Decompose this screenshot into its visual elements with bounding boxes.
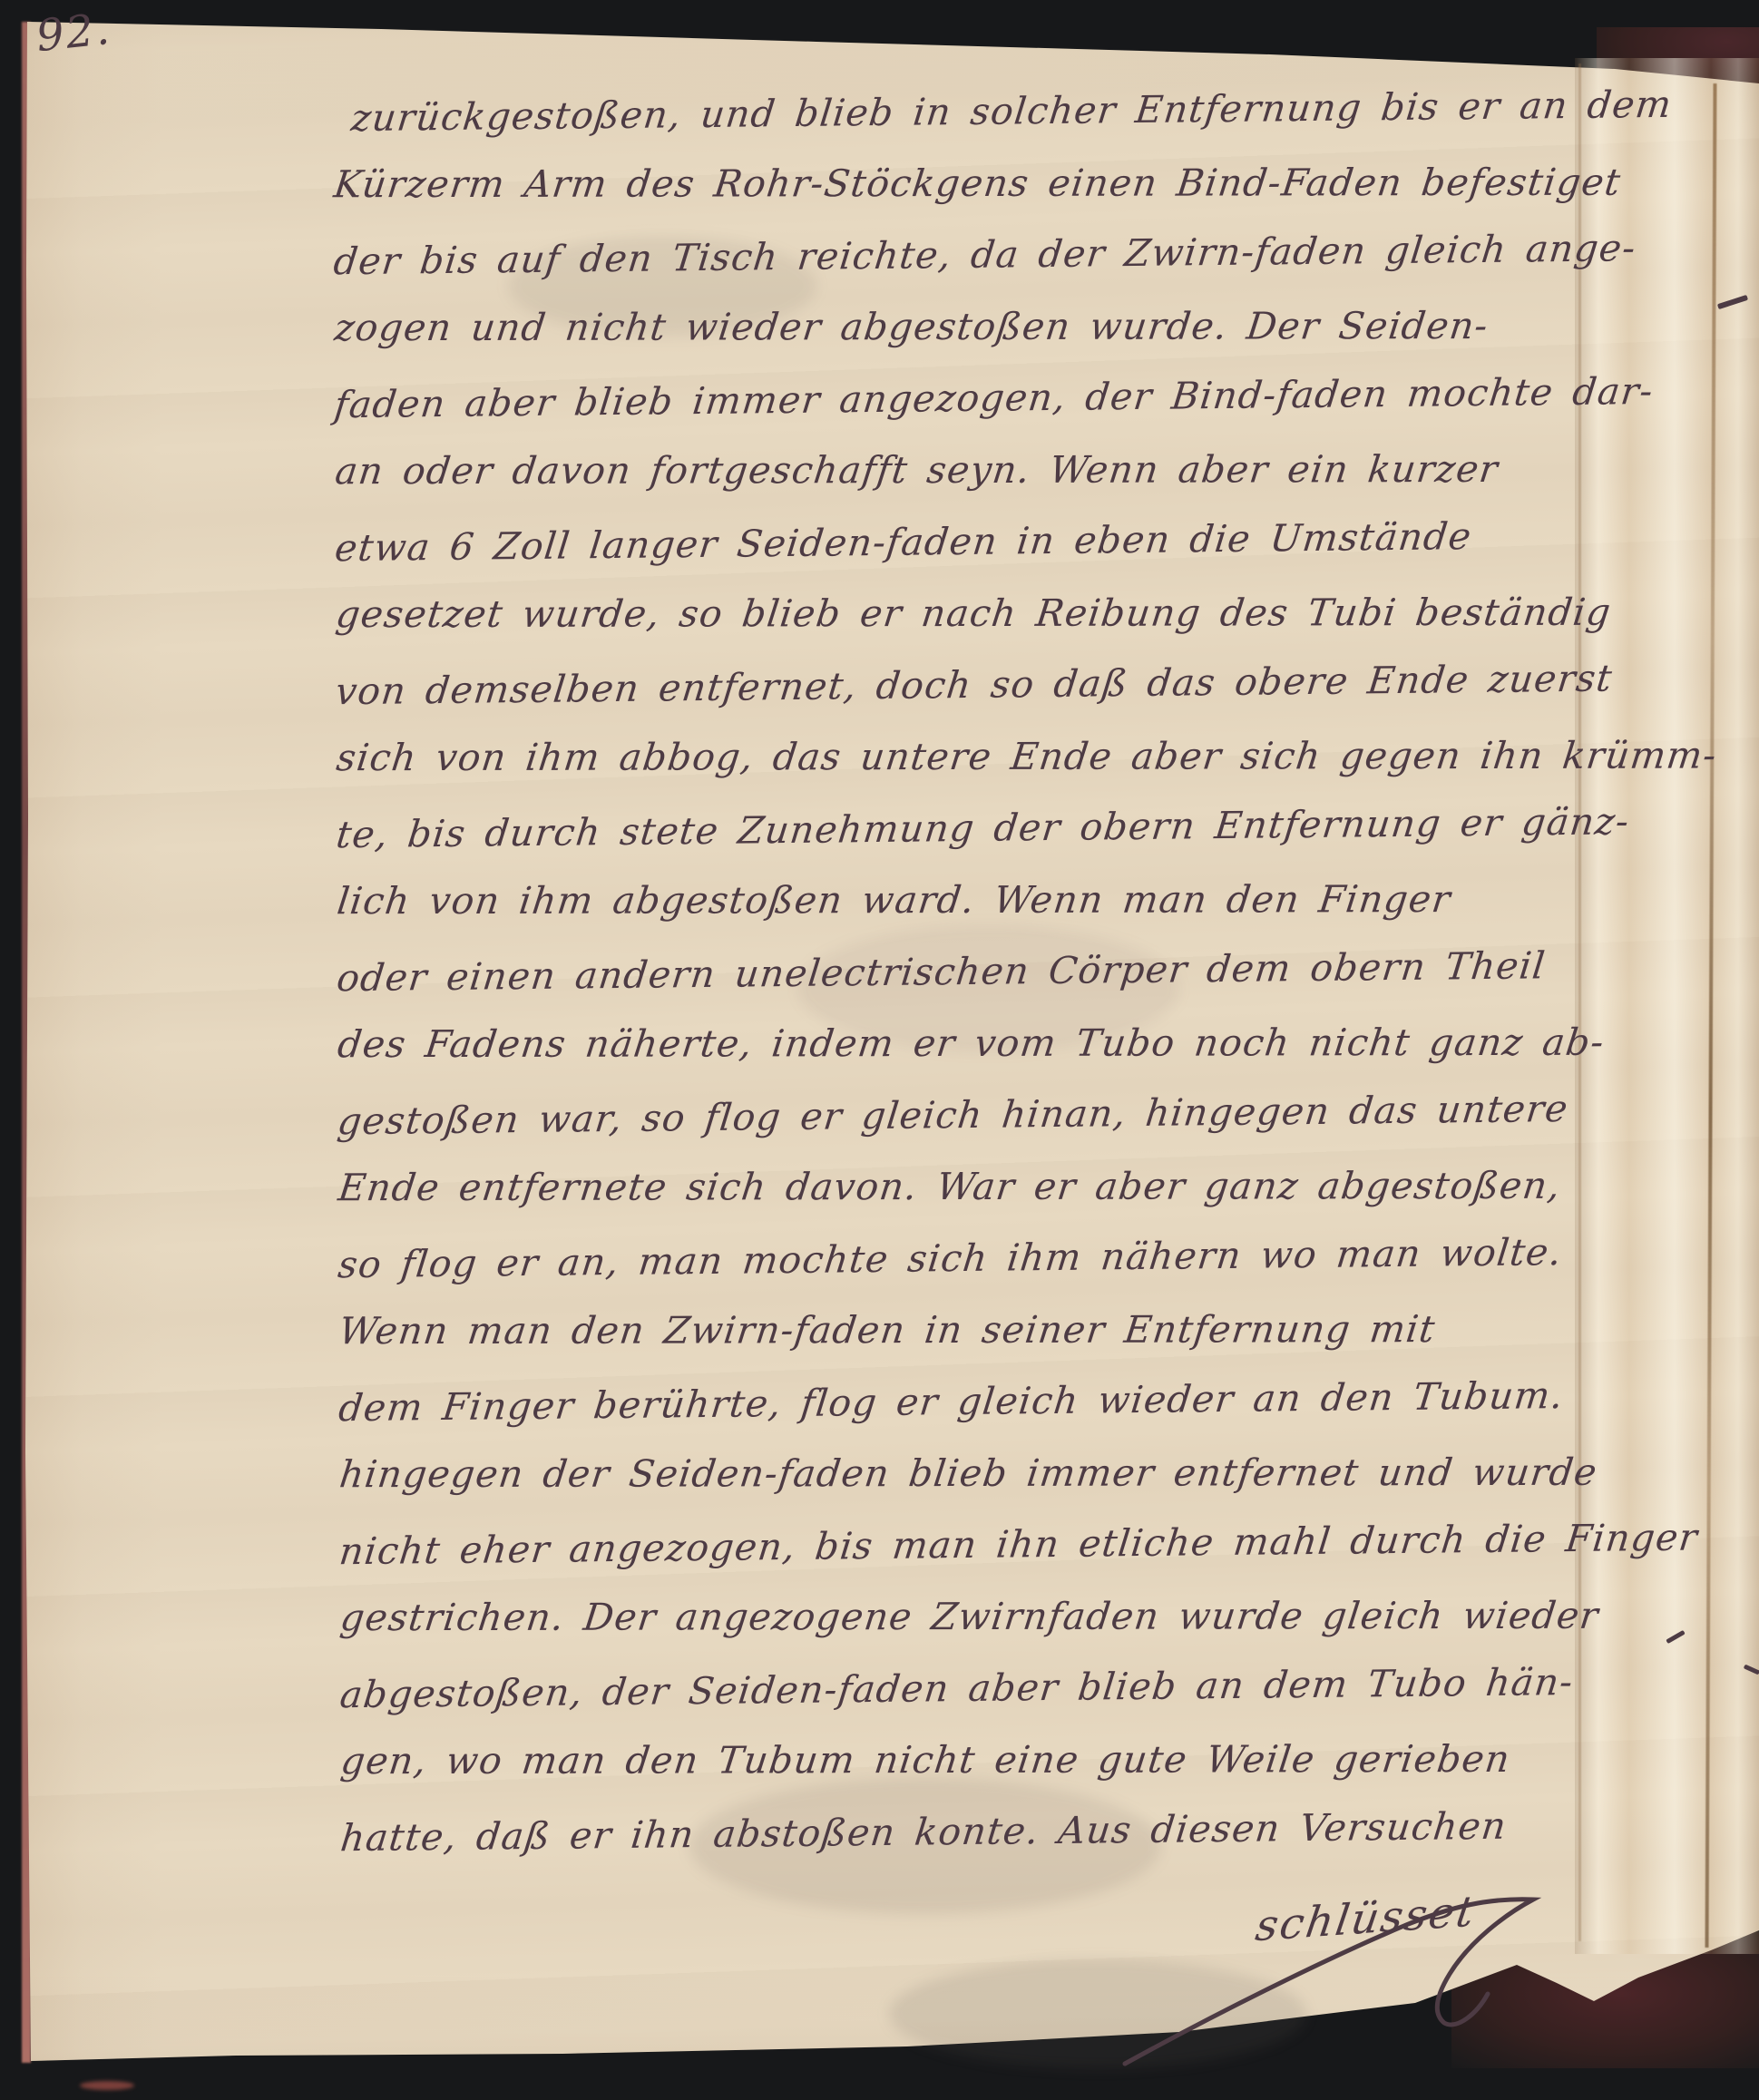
manuscript-line: zogen und nicht wieder abgestoßen wurde.… [330,290,1590,364]
page-edge-pink-speck [80,2081,134,2090]
manuscript-line: faden aber blieb immer angezogen, der Bi… [330,357,1591,441]
manuscript-line: des Fadens näherte, indem er vom Tubo no… [334,1007,1594,1080]
manuscript-line: Kürzerm Arm des Rohr-Stöckgens einen Bin… [330,147,1590,220]
manuscript-line: gestrichen. Der angezogene Zwirnfaden wu… [337,1580,1597,1654]
manuscript-line: oder einen andern unelectrischen Cörper … [333,930,1594,1014]
manuscript-line: zurückgestoßen, und blieb in solcher Ent… [347,70,1590,154]
manuscript-line: Ende entfernete sich davon. War er aber … [334,1150,1594,1224]
manuscript-line: gen, wo man den Tubum nicht eine gute We… [337,1724,1597,1797]
manuscript-line: gestoßen war, so flog er gleich hinan, h… [334,1073,1595,1157]
manuscript-line: Wenn man den Zwirn-faden in seiner Entfe… [335,1294,1595,1367]
fore-edge-band [1575,58,1759,1954]
manuscript-line: der bis auf den Tisch reichte, da der Zw… [330,213,1591,298]
manuscript-line: sich von ihm abbog, das untere Ende aber… [332,720,1592,794]
manuscript-line: nicht eher angezogen, bis man ihn etlich… [336,1503,1597,1587]
manuscript-line: lich von ihm abgestoßen ward. Wenn man d… [333,864,1593,937]
manuscript-text: zurückgestoßen, und blieb in solcher Ent… [334,73,1594,1870]
manuscript-line: gesetzet wurde, so blieb er nach Reibung… [332,577,1592,650]
manuscript-line: so flog er an, man mochte sich ihm näher… [334,1216,1595,1301]
manuscript-line: hatte, daß er ihn abstoßen konte. Aus di… [337,1790,1598,1874]
manuscript-line: dem Finger berührte, flog er gleich wied… [335,1360,1596,1444]
manuscript-line: etwa 6 Zoll langer Seiden-faden in eben … [331,500,1592,584]
page-number: 92. [34,4,113,62]
manuscript-line: an oder davon fortgeschafft seyn. Wenn a… [331,434,1591,507]
manuscript-line: te, bis durch stete Zunehmung der obern … [332,786,1593,871]
manuscript-line: abgestoßen, der Seiden-faden aber blieb … [337,1646,1598,1731]
manuscript-line: hingegen der Seiden-faden blieb immer en… [336,1437,1596,1510]
manuscript-line: von demselben entfernet, doch so daß das… [332,643,1593,728]
